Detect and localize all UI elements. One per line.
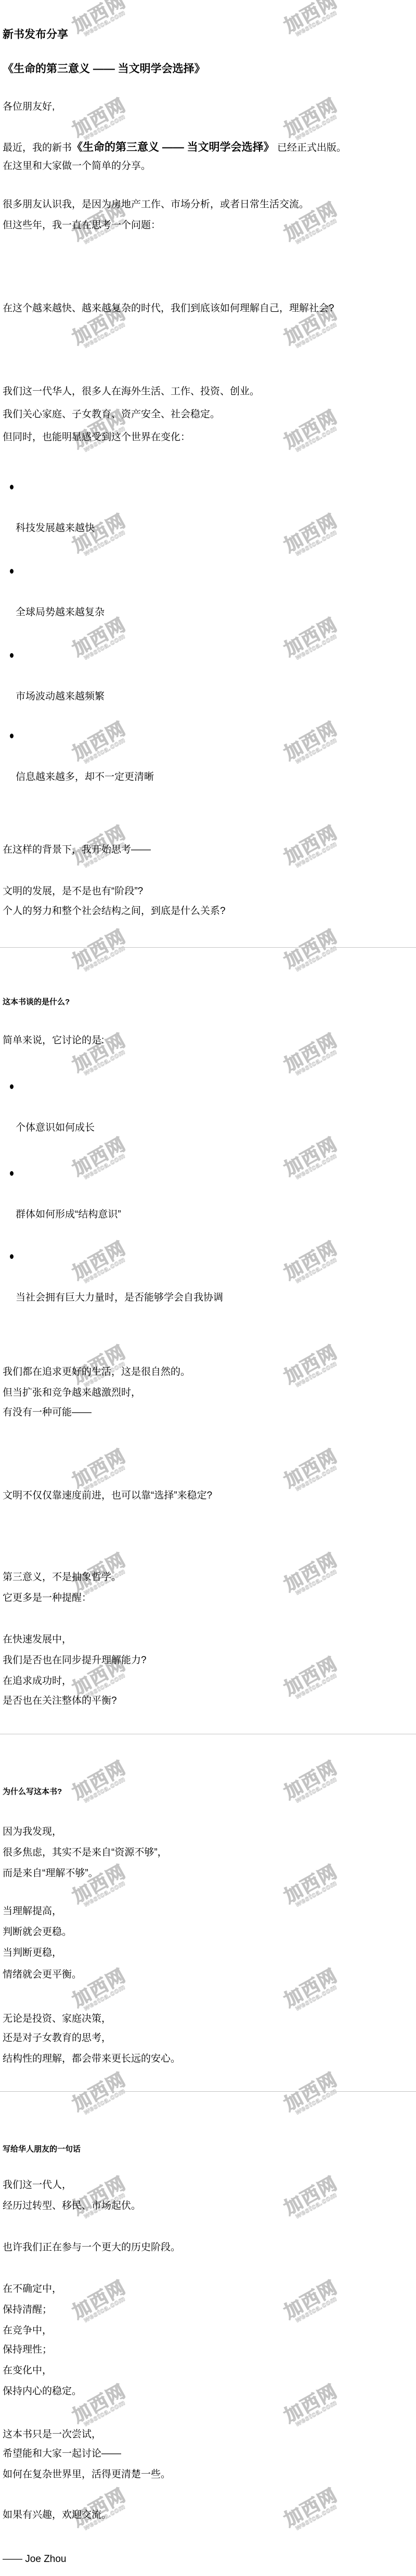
paragraph: 我们都在追求更好的生活，这是很自然的。: [3, 1366, 412, 1378]
paragraph: 当理解提高，: [3, 1906, 412, 1917]
paragraph: 个人的努力和整个社会结构之间，到底是什么关系?: [3, 906, 412, 917]
section-divider: [0, 947, 416, 948]
list-item: 市场波动越来越频繁: [3, 652, 412, 702]
paragraph: 在竞争中，: [3, 2325, 412, 2336]
list-item-text: 科技发展越来越快: [16, 523, 412, 534]
paragraph: 但当扩张和竞争越来越激烈时，: [3, 1387, 412, 1399]
list-item: 信息越来越多，却不一定更清晰: [3, 733, 412, 783]
paragraph: 我们关心家庭、子女教育、资产安全、社会稳定。: [3, 409, 412, 420]
paragraph: 有没有一种可能——: [3, 1407, 412, 1418]
paragraph: 如果有兴趣，欢迎交流。: [3, 2509, 412, 2521]
paragraph: 结构性的理解，都会带来更长远的安心。: [3, 2053, 412, 2065]
paragraph: 在快速发展中，: [3, 1634, 412, 1645]
list-item: 当社会拥有巨大力量时，是否能够学会自我协调: [3, 1253, 412, 1304]
paragraph: 保持内心的稳定。: [3, 2386, 412, 2397]
paragraph: 很多焦虑，其实不是来自“资源不够”，: [3, 1847, 412, 1858]
paragraph: 在这样的背景下，我开始思考——: [3, 844, 412, 856]
list-item-text: 全球局势越来越复杂: [16, 607, 412, 618]
page-title: 新书发布分享: [3, 29, 412, 41]
list-item-text: 当社会拥有巨大力量时，是否能够学会自我协调: [16, 1292, 412, 1304]
paragraph: 判断就会更稳。: [3, 1927, 412, 1938]
paragraph: 也许我们正在参与一个更大的历史阶段。: [3, 2242, 412, 2253]
paragraph: 保持清醒；: [3, 2304, 412, 2316]
paragraph: 简单来说，它讨论的是:: [3, 1035, 412, 1046]
list-item: 科技发展越来越快: [3, 484, 412, 534]
paragraph: 无论是投资、家庭决策，: [3, 2013, 412, 2025]
paragraph: 经历过转型、移民、市场起伏。: [3, 2200, 412, 2212]
paragraph: 这本书只是一次尝试，: [3, 2429, 412, 2440]
paragraph: 第三意义，不是抽象哲学。: [3, 1572, 412, 1583]
bullet-list: 个体意识如何成长群体如何形成“结构意识”当社会拥有巨大力量时，是否能够学会自我协…: [3, 1083, 412, 1304]
text-run: 已经正式出版。: [275, 142, 346, 153]
section-heading: 这本书谈的是什么?: [3, 998, 412, 1007]
bullet-list: 科技发展越来越快全球局势越来越复杂市场波动越来越频繁信息越来越多，却不一定更清晰: [3, 484, 412, 783]
book-title-inline: 《生命的第三意义 —— 当文明学会选择》: [72, 141, 275, 153]
quote-line: 文明不仅仅靠速度前进，也可以靠“选择”来稳定?: [3, 1490, 412, 1502]
list-item-text: 群体如何形成“结构意识”: [16, 1209, 412, 1220]
paragraph: 在变化中，: [3, 2365, 412, 2376]
author-signature: —— Joe Zhou: [3, 2554, 412, 2565]
paragraph: 希望能和大家一起讨论——: [3, 2448, 412, 2460]
paragraph: 在这里和大家做一个简单的分享。: [3, 161, 412, 172]
list-item-text: 个体意识如何成长: [16, 1122, 412, 1134]
paragraph: 但这些年，我一直在思考一个问题：: [3, 220, 412, 231]
quote-line: 在这个越来越快、越来越复杂的时代，我们到底该如何理解自己，理解社会?: [3, 303, 412, 314]
text-run: 最近，我的新书: [3, 142, 72, 153]
paragraph: 是否也在关注整体的平衡?: [3, 1695, 412, 1707]
paragraph: 我们这一代华人，很多人在海外生活、工作、投资、创业。: [3, 386, 412, 397]
paragraph: 因为我发现，: [3, 1826, 412, 1838]
book-title-line: 《生命的第三意义 —— 当文明学会选择》: [3, 63, 412, 75]
announcement-line: 最近，我的新书《生命的第三意义 —— 当文明学会选择》 已经正式出版。: [3, 142, 412, 154]
paragraph: 保持理性；: [3, 2344, 412, 2356]
list-item: 群体如何形成“结构意识”: [3, 1170, 412, 1220]
paragraph: 文明的发展，是不是也有“阶段”?: [3, 886, 412, 897]
paragraph: 当判断更稳，: [3, 1947, 412, 1959]
section-divider: [0, 2091, 416, 2092]
list-item-text: 市场波动越来越频繁: [16, 691, 412, 702]
paragraph: 但同时，也能明显感受到这个世界在变化：: [3, 432, 412, 443]
paragraph: 如何在复杂世界里，活得更清楚一些。: [3, 2469, 412, 2480]
paragraph: 情绪就会更平衡。: [3, 1969, 412, 1981]
paragraph: 很多朋友认识我，是因为房地产工作、市场分析，或者日常生活交流。: [3, 199, 412, 210]
paragraph: 我们是否也在同步提升理解能力?: [3, 1655, 412, 1666]
paragraph: 还是对子女教育的思考，: [3, 2033, 412, 2044]
section-heading: 写给华人朋友的一句话: [3, 2145, 412, 2154]
section-divider: [0, 1734, 416, 1734]
paragraph: 在追求成功时，: [3, 1676, 412, 1687]
list-item-text: 信息越来越多，却不一定更清晰: [16, 772, 412, 783]
paragraph: 它更多是一种提醒：: [3, 1592, 412, 1604]
list-item: 全球局势越来越复杂: [3, 568, 412, 618]
article-page: 加西网westca.com加西网westca.com加西网westca.com加…: [0, 0, 416, 2576]
list-item: 个体意识如何成长: [3, 1083, 412, 1134]
paragraph: 而是来自“理解不够”。: [3, 1868, 412, 1879]
paragraph: 各位朋友好,: [3, 101, 412, 113]
paragraph: 我们这一代人，: [3, 2180, 412, 2191]
article: 新书发布分享《生命的第三意义 —— 当文明学会选择》各位朋友好,最近，我的新书《…: [0, 29, 416, 2565]
section-heading: 为什么写这本书?: [3, 1787, 412, 1797]
paragraph: 在不确定中，: [3, 2283, 412, 2295]
